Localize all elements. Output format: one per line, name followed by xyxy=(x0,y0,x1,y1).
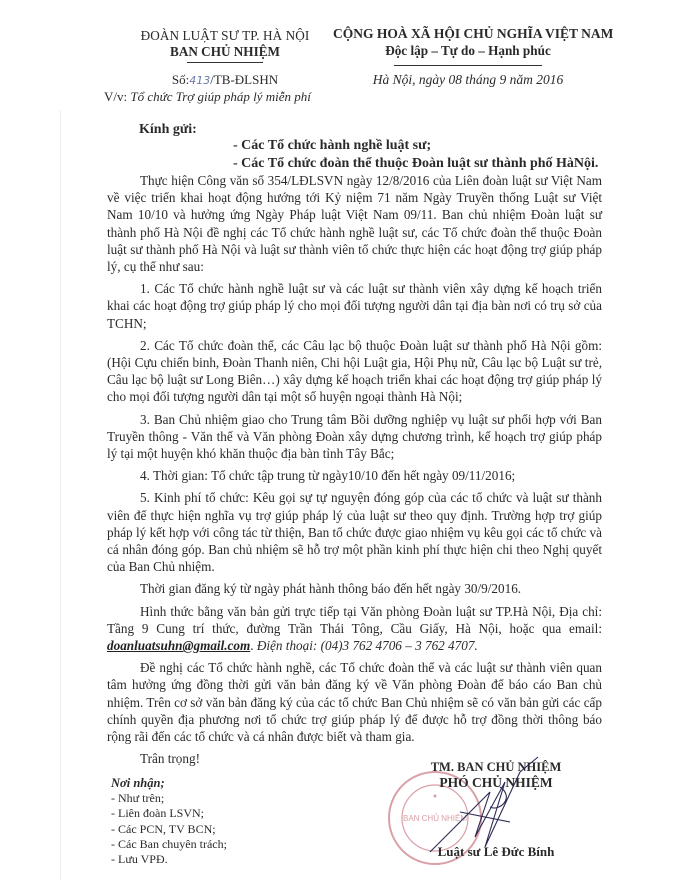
body-paragraph: Thực hiện Công văn số 354/LĐLSVN ngày 12… xyxy=(107,172,602,275)
phone-text: Điện thoại: (04)3 762 4706 – 3 762 4707. xyxy=(257,638,478,653)
recipient-list: - Các Tổ chức hành nghề luật sư; - Các T… xyxy=(233,137,598,173)
scan-edge-line xyxy=(60,110,61,880)
body-paragraph: 5. Kinh phí tổ chức: Kêu gọi sự tự nguyệ… xyxy=(107,489,602,575)
receivers-block: Nơi nhận; - Như trên; - Liên đoàn LSVN; … xyxy=(111,776,227,867)
contact-paragraph: Hình thức bằng văn bản gửi trực tiếp tại… xyxy=(107,603,602,655)
number-prefix: Số: xyxy=(172,72,189,87)
national-header: CỘNG HOÀ XÃ HỘI CHỦ NGHĨA VIỆT NAM Độc l… xyxy=(333,26,603,88)
receiver-item: - Các PCN, TV BCN; xyxy=(111,822,227,837)
document-date: Hà Nội, ngày 08 tháng 9 năm 2016 xyxy=(333,72,603,88)
nation-title: CỘNG HOÀ XÃ HỘI CHỦ NGHĨA VIỆT NAM xyxy=(333,26,603,42)
organization-name: ĐOÀN LUẬT SƯ TP. HÀ NỘI xyxy=(100,28,350,44)
handwritten-number: 413 xyxy=(189,74,210,87)
document-page: ĐOÀN LUẬT SƯ TP. HÀ NỘI BAN CHỦ NHIỆM Số… xyxy=(0,0,686,888)
document-body: Thực hiện Công văn số 354/LĐLSVN ngày 12… xyxy=(107,172,602,773)
greeting-label: Kính gửi: xyxy=(139,122,197,138)
subject-prefix: V/v: xyxy=(104,89,130,104)
body-paragraph: Thời gian đăng ký từ ngày phát hành thôn… xyxy=(107,580,602,597)
receivers-title: Nơi nhận; xyxy=(111,776,227,791)
subject-text: Tổ chức Trợ giúp pháp lý miễn phí xyxy=(130,89,311,104)
document-subject: V/v: Tổ chức Trợ giúp pháp lý miễn phí xyxy=(100,89,350,105)
header-divider xyxy=(187,62,263,63)
receiver-item: - Liên đoàn LSVN; xyxy=(111,806,227,821)
body-paragraph: Đề nghị các Tổ chức hành nghề, các Tổ ch… xyxy=(107,659,602,745)
contact-text: Hình thức bằng văn bản gửi trực tiếp tại… xyxy=(107,604,602,636)
national-motto: Độc lập – Tự do – Hạnh phúc xyxy=(333,43,603,59)
email-link[interactable]: doanluatsuhn@gmail.com xyxy=(107,638,250,653)
contact-separator: . xyxy=(250,638,257,653)
receiver-item: - Lưu VPĐ. xyxy=(111,852,227,867)
body-paragraph: 3. Ban Chủ nhiệm giao cho Trung tâm Bồi … xyxy=(107,411,602,463)
recipient-item: - Các Tổ chức hành nghề luật sư; xyxy=(233,137,598,155)
body-paragraph: 4. Thời gian: Tổ chức tập trung từ ngày1… xyxy=(107,467,602,484)
handwritten-signature-icon xyxy=(420,752,540,862)
board-name: BAN CHỦ NHIỆM xyxy=(100,44,350,60)
body-paragraph: 1. Các Tổ chức hành nghề luật sư và các … xyxy=(107,280,602,332)
receiver-item: - Như trên; xyxy=(111,791,227,806)
issuer-header: ĐOÀN LUẬT SƯ TP. HÀ NỘI BAN CHỦ NHIỆM Số… xyxy=(100,28,350,105)
document-number: Số:413/TB-ĐLSHN xyxy=(100,72,350,88)
recipient-item: - Các Tổ chức đoàn thể thuộc Đoàn luật s… xyxy=(233,155,598,173)
receiver-item: - Các Ban chuyên trách; xyxy=(111,837,227,852)
body-paragraph: 2. Các Tổ chức đoàn thể, các Câu lạc bộ … xyxy=(107,337,602,406)
motto-divider xyxy=(394,65,542,66)
number-suffix: /TB-ĐLSHN xyxy=(210,72,278,87)
